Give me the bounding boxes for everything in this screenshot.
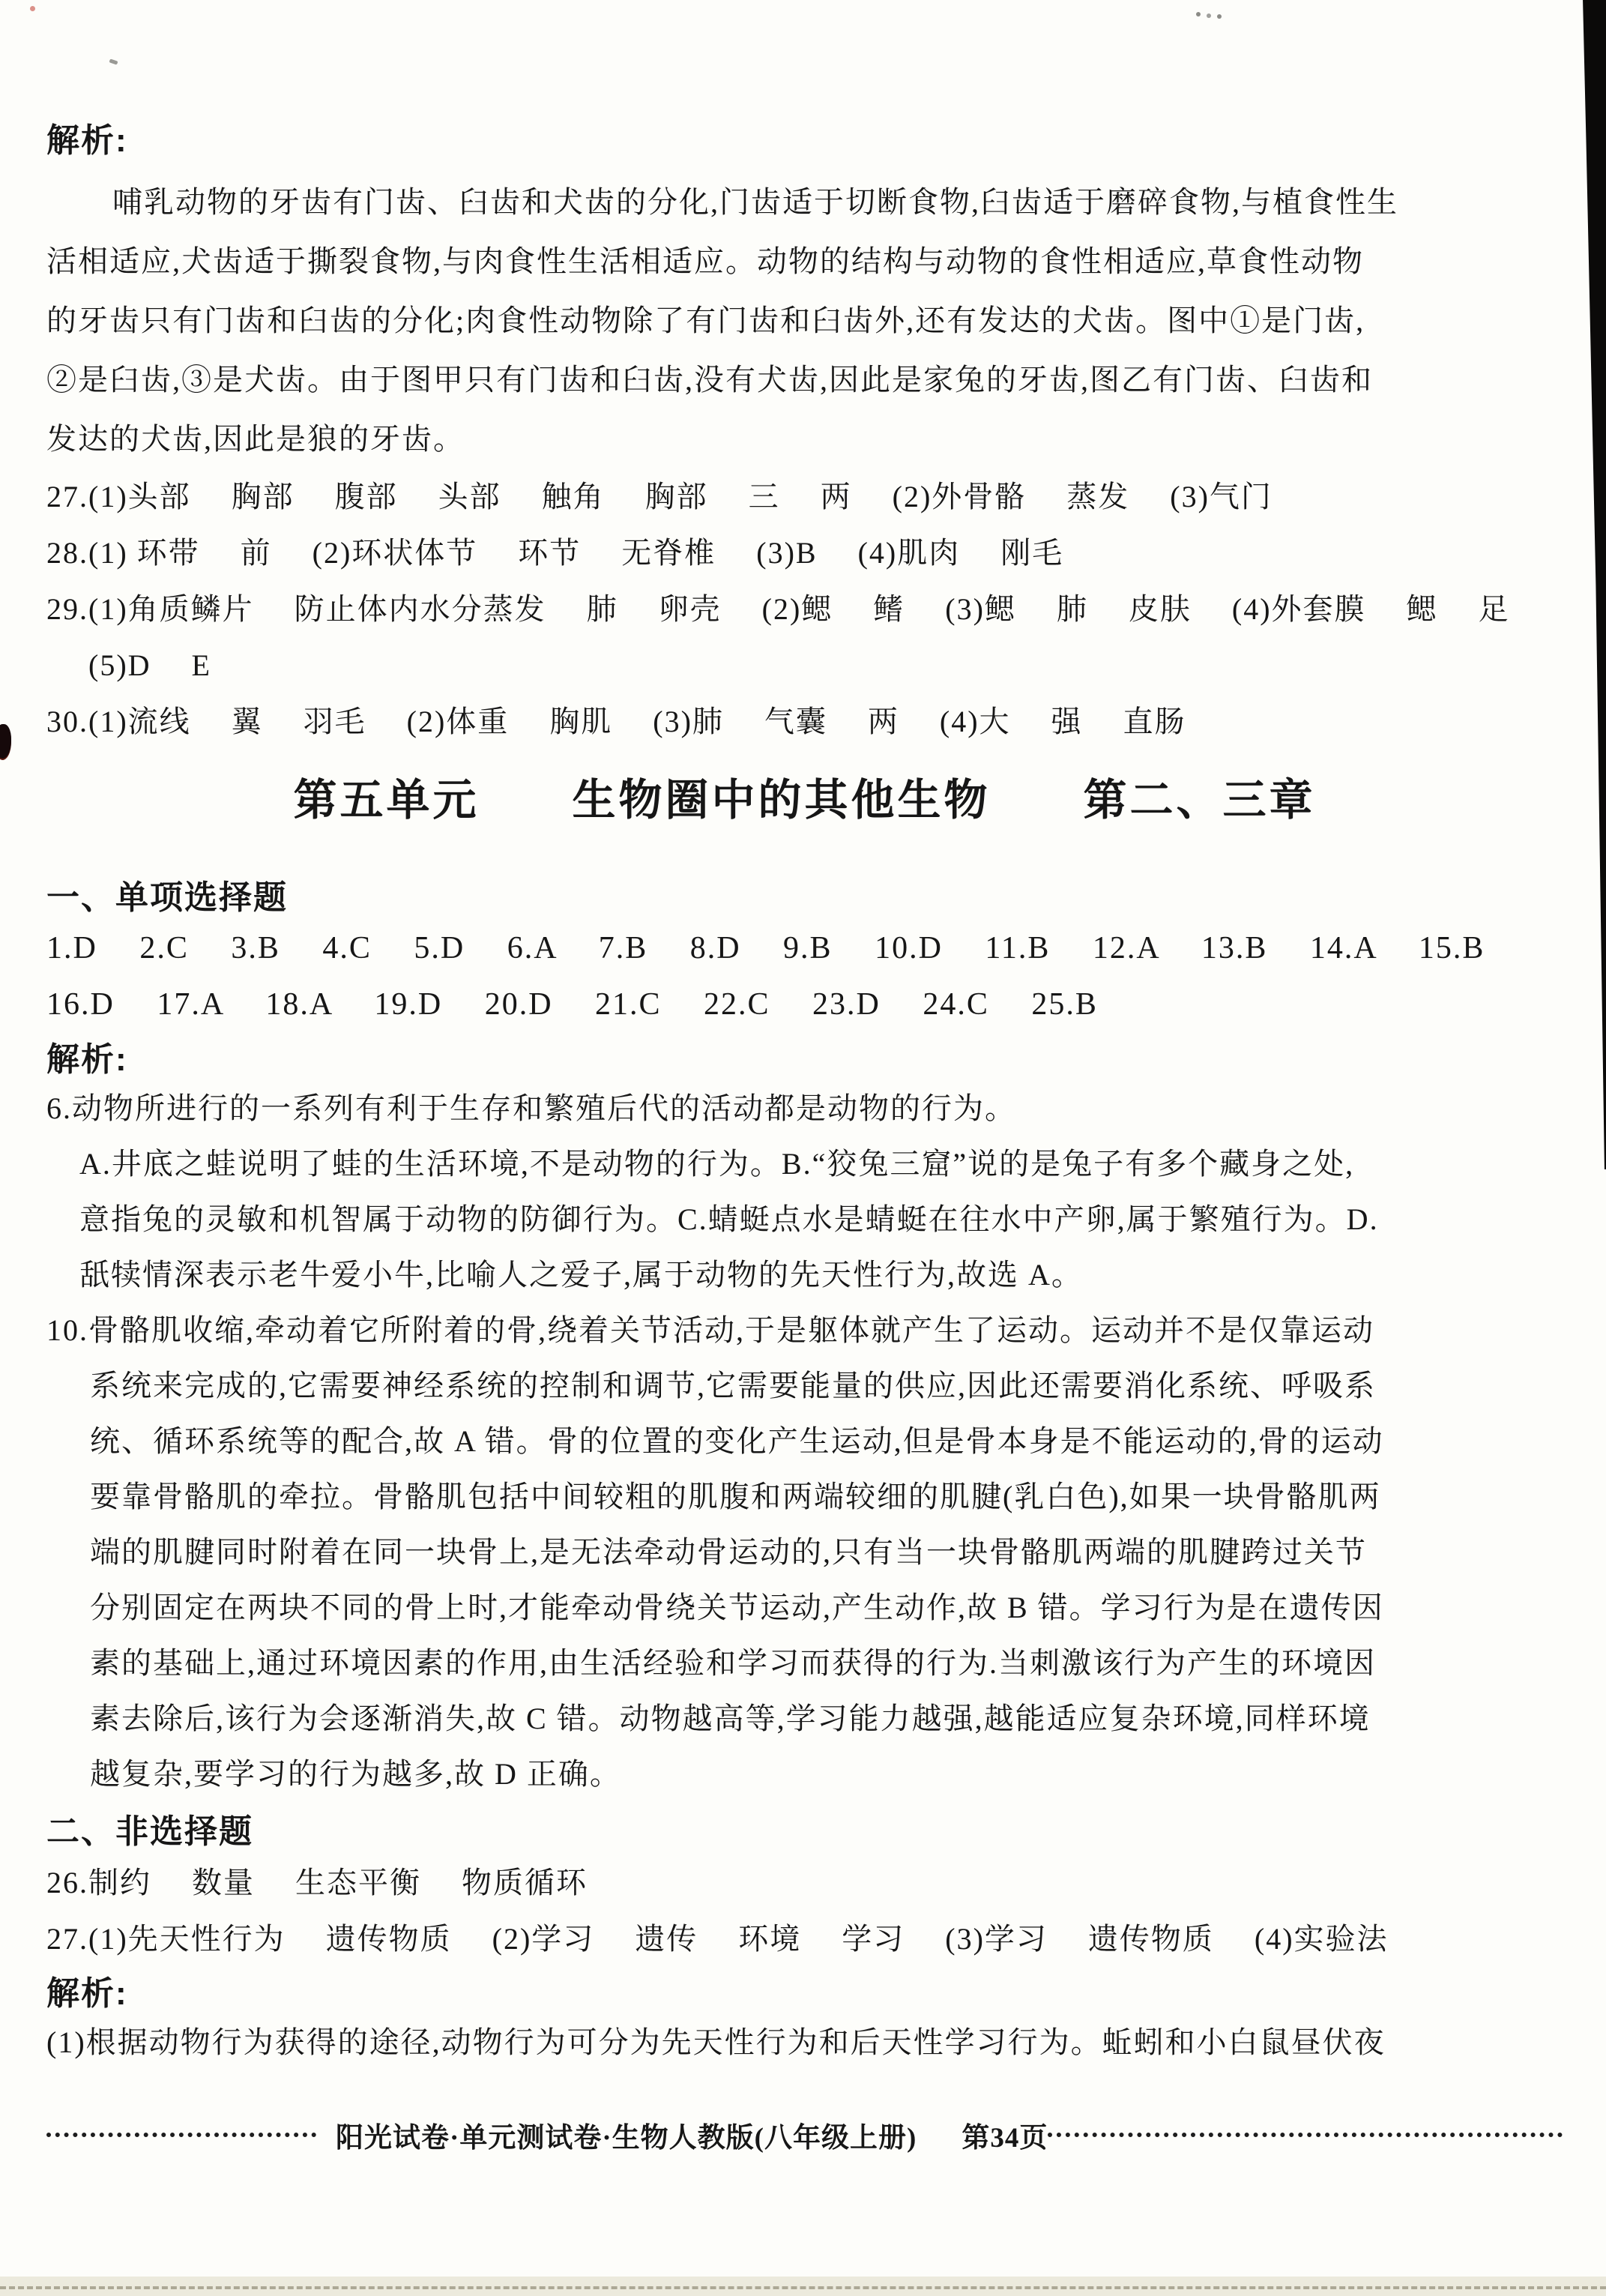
answer-line-27-unit5: 27.(1)先天性行为 遗传物质 (2)学习 遗传 环境 学习 (3)学习 遗传… [46,1911,1563,1967]
scan-speck-red [30,6,35,11]
text-line: 素的基础上,通过环境因素的作用,由生活经验和学习而获得的行为.当刺激该行为产生的… [46,1636,1563,1691]
teeth-explanation-paragraph: 哺乳动物的牙齿有门齿、臼齿和犬齿的分化,门齿适于切断食物,臼齿适于磨碎食物,与植… [46,172,1563,468]
non-mcq-answers: 26.制约 数量 生态平衡 物质循环 27.(1)先天性行为 遗传物质 (2)学… [46,1854,1563,1967]
text-line: 分别固定在两块不同的骨上时,才能牵动骨绕关节运动,产生动作,故 B 错。学习行为… [46,1580,1563,1636]
text-line: 统、循环系统等的配合,故 A 错。骨的位置的变化产生运动,但是骨本身是不能运动的… [46,1414,1563,1469]
text-line: 舐犊情深表示老牛爱小牛,比喻人之爱子,属于动物的先天性行为,故选 A。 [46,1247,1563,1303]
footer-page-number: 第34页 [962,2115,1048,2155]
analysis-heading-nonmcq: 解析: [46,1973,1563,2015]
explanation-10-first-line: 10.骨骼肌收缩,牵动着它所附着的骨,绕着关节活动,于是躯体就产生了运动。运动并… [46,1303,1563,1358]
explanation-question-10: 10.骨骼肌收缩,牵动着它所附着的骨,绕着关节活动,于是躯体就产生了运动。运动并… [46,1303,1563,1802]
mcq-answers-row-1: 1.D 2.C 3.B 4.C 5.D 6.A 7.B 8.D 9.B 10.D… [46,920,1563,977]
answer-line-28: 28.(1) 环带 前 (2)环状体节 环节 无脊椎 (3)B (4)肌肉 刚毛 [46,525,1563,581]
scan-bottom-band [0,2277,1606,2296]
answer-line-26: 26.制约 数量 生态平衡 物质循环 [46,1854,1563,1911]
text-line: 发达的犬齿,因此是狼的牙齿。 [46,409,1563,468]
text-line: ②是臼齿,③是犬齿。由于图甲只有门齿和臼齿,没有犬齿,因此是家兔的牙齿,图乙有门… [46,350,1563,409]
mcq-section-heading: 一、单项选择题 [46,876,1563,920]
answer-line-29b: (5)D E [46,637,1563,693]
text-line: 要靠骨骼肌的牵拉。骨骼肌包括中间较粗的肌腹和两端较细的肌腱(乳白色),如果一块骨… [46,1469,1563,1525]
text-line: A.井底之蛙说明了蛙的生活环境,不是动物的行为。B.“狡兔三窟”说的是兔子有多个… [46,1136,1563,1192]
text-line: 活相适应,犬齿适于撕裂食物,与肉食性生活相适应。动物的结构与动物的食性相适应,草… [46,232,1563,291]
text-line: 哺乳动物的牙齿有门齿、臼齿和犬齿的分化,门齿适于切断食物,臼齿适于磨碎食物,与植… [46,172,1563,232]
scanned-answer-page: 解析: 哺乳动物的牙齿有门齿、臼齿和犬齿的分化,门齿适于切断食物,臼齿适于磨碎食… [0,0,1606,2296]
scan-ink-blot [0,724,11,759]
explanation-question-6: 6.动物所进行的一系列有利于生存和繁殖后代的活动都是动物的行为。 A.井底之蛙说… [46,1081,1563,1303]
text-line: 系统来完成的,它需要神经系统的控制和调节,它需要能量的供应,因此还需要消化系统、… [46,1358,1563,1414]
analysis-heading-mcq: 解析: [46,1039,1563,1081]
footer-dotted-leader-right [1048,2133,1563,2137]
text-line: 的牙齿只有门齿和臼齿的分化;肉食性动物除了有门齿和臼齿外,还有发达的犬齿。图中①… [46,291,1563,350]
scan-speck-dots [1196,12,1201,16]
scan-bottom-edge-line [0,2286,1606,2289]
analysis-heading-teeth: 解析: [46,120,1563,162]
text-line: 越复杂,要学习的行为越多,故 D 正确。 [46,1747,1563,1802]
text-line: 端的肌腱同时附着在同一块骨上,是无法牵动骨运动的,只有当一块骨骼肌两端的肌腱跨过… [46,1525,1563,1580]
text-line: 素去除后,该行为会逐渐消失,故 C 错。动物越高等,学习能力越强,越能适应复杂环… [46,1691,1563,1747]
answer-line-27: 27.(1)头部 胸部 腹部 头部 触角 胸部 三 两 (2)外骨骼 蒸发 (3… [46,468,1563,525]
non-mcq-section-heading: 二、非选择题 [46,1810,1563,1854]
mcq-answer-rows: 1.D 2.C 3.B 4.C 5.D 6.A 7.B 8.D 9.B 10.D… [46,920,1563,1033]
page-footer: 阳光试卷·单元测试卷·生物人教版(八年级上册) 第34页 [46,2111,1563,2159]
unit-title: 第五单元 生物圈中的其他生物 第二、三章 [46,771,1563,831]
text-line: 意指兔的灵敏和机智属于动物的防御行为。C.蜻蜓点水是蜻蜓在往水中产卵,属于繁殖行… [46,1192,1563,1247]
answer-line-29a: 29.(1)角质鳞片 防止体内水分蒸发 肺 卵壳 (2)鳃 鳍 (3)鳃 肺 皮… [46,581,1563,637]
page-content: 解析: 哺乳动物的牙齿有门齿、臼齿和犬齿的分化,门齿适于切断食物,臼齿适于磨碎食… [46,0,1563,2070]
explanation-6-continuation: A.井底之蛙说明了蛙的生活环境,不是动物的行为。B.“狡兔三窟”说的是兔子有多个… [46,1136,1563,1303]
explanation-10-continuation: 系统来完成的,它需要神经系统的控制和调节,它需要能量的供应,因此还需要消化系统、… [46,1358,1563,1802]
previous-unit-answers: 27.(1)头部 胸部 腹部 头部 触角 胸部 三 两 (2)外骨骼 蒸发 (3… [46,468,1563,750]
scan-edge-shadow [1581,0,1606,1169]
footer-dotted-leader-left [46,2133,316,2137]
explanation-6-first-line: 6.动物所进行的一系列有利于生存和繁殖后代的活动都是动物的行为。 [46,1081,1563,1136]
mcq-answers-row-2: 16.D 17.A 18.A 19.D 20.D 21.C 22.C 23.D … [46,977,1563,1033]
answer-line-30: 30.(1)流线 翼 羽毛 (2)体重 胸肌 (3)肺 气囊 两 (4)大 强 … [46,693,1563,750]
footer-book-title: 阳光试卷·单元测试卷·生物人教版(八年级上册) [336,2115,917,2155]
explanation-27-line: (1)根据动物行为获得的途径,动物行为可分为先天性行为和后天性学习行为。蚯蚓和小… [46,2015,1563,2070]
